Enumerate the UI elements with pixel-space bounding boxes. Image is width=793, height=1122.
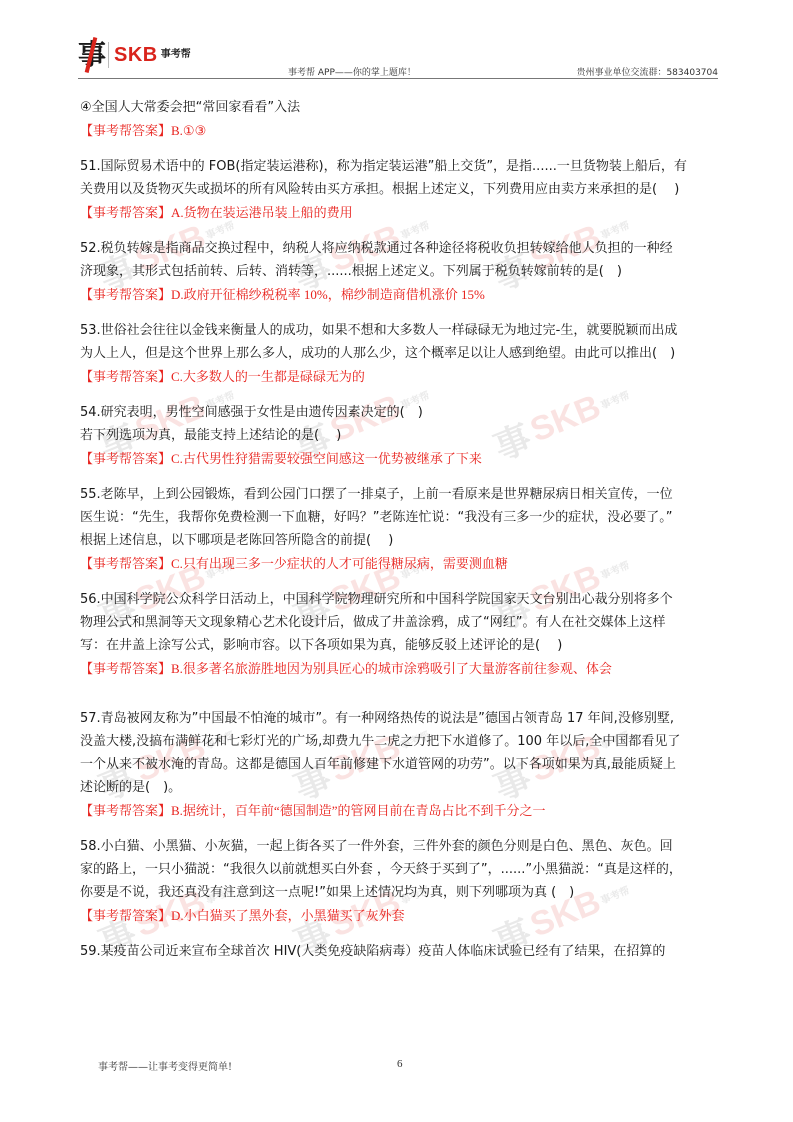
page-number: 6	[397, 1058, 403, 1070]
question-text-line: 58.小白猫、小黑猫、小灰猫，一起上街各买了一件外套，三件外套的颜色分则是白色、…	[80, 835, 722, 858]
previous-answer: 【事考帮答案】B.①③	[80, 119, 722, 143]
spacer	[80, 143, 722, 155]
spacer	[80, 471, 722, 483]
answer-line: 【事考帮答案】D.政府开征棉纱税税率 10%，棉纱制造商借机涨价 15%	[80, 283, 722, 307]
answer-prefix: 【事考帮答案】	[80, 804, 171, 819]
question-block-52: 52.税负转嫁是指商品交换过程中，纳税人将应纳税款通过各种途径将税收负担转嫁给他…	[80, 237, 722, 307]
question-block-57: 57.青岛被网友称为”中国最不怕淹的城市”。有一种网络热传的说法是”德国占领青岛…	[80, 707, 722, 823]
question-list: 51.国际贸易术语中的 FOB(指定装运港称)，称为指定装运港”船上交货”，是指…	[80, 143, 722, 963]
question-text-line: 医生说：“先生，我帮你免费检测一下血糖，好吗？”老陈连忙说：“我没有三多一少的症…	[80, 506, 722, 529]
page-header: 事 SKB 事考帮 事考帮 APP——你的掌上题库！ 贵州事业单位交流群：583…	[78, 38, 718, 78]
question-text-line: 关费用以及货物灭失或损坏的所有风险转由买方承担。根据上述定义，下列费用应由卖方来…	[80, 178, 722, 201]
logo-brand-text: SKB	[114, 44, 158, 67]
question-text-line: 56.中国科学院公众科学日活动上，中国科学院物理研究所和中国科学院国家天文台别出…	[80, 588, 722, 611]
answer-prefix: 【事考帮答案】	[80, 288, 171, 303]
spacer	[80, 823, 722, 835]
answer-prefix: 【事考帮答案】	[80, 124, 171, 139]
spacer	[80, 225, 722, 237]
document-body: ④全国人大常委会把“常回家看看”入法 【事考帮答案】B.①③ 51.国际贸易术语…	[80, 96, 722, 963]
question-block-59: 59.某疫苗公司近来宣布全球首次 HIV(人类免疫缺陷病毒）疫苗人体临床试验已经…	[80, 940, 722, 963]
spacer	[80, 389, 722, 401]
question-text-line: 52.税负转嫁是指商品交换过程中，纳税人将应纳税款通过各种途径将税收负担转嫁给他…	[80, 237, 722, 260]
answer-text: B.据统计，百年前“德国制造”的管网目前在青岛占比不到千分之一	[171, 803, 545, 818]
question-text-line: 为人上人，但是这个世界上那么多人，成功的人那么少，这个概率足以让人感到绝望。由此…	[80, 342, 722, 365]
question-text-line: 54.研究表明，男性空间感强于女性是由遗传因素决定的( )	[80, 401, 722, 424]
question-block-53: 53.世俗社会往往以金钱来衡量人的成功，如果不想和大多数人一样碌碌无为地过完-生…	[80, 319, 722, 389]
question-text-line: 51.国际贸易术语中的 FOB(指定装运港称)，称为指定装运港”船上交货”，是指…	[80, 155, 722, 178]
header-slogan: 事考帮 APP——你的掌上题库！	[288, 65, 416, 78]
answer-line: 【事考帮答案】D.小白猫买了黑外套，小黑猫买了灰外套	[80, 904, 722, 928]
header-divider	[78, 78, 718, 79]
question-block-54: 54.研究表明，男性空间感强于女性是由遗传因素决定的( )若下列选项为真，最能支…	[80, 401, 722, 471]
question-text-line: 53.世俗社会往往以金钱来衡量人的成功，如果不想和大多数人一样碌碌无为地过完-生…	[80, 319, 722, 342]
footer-slogan: 事考帮——让事考变得更简单!	[98, 1058, 232, 1073]
question-text-line: 济现象，其形式包括前转、后转、消转等，......根据上述定义。下列属于税负转嫁…	[80, 260, 722, 283]
question-text-line: 写：在井盖上涂写公式，影响市容。以下各项如果为真，能够反驳上述评论的是( )	[80, 634, 722, 657]
answer-prefix: 【事考帮答案】	[80, 370, 171, 385]
question-block-51: 51.国际贸易术语中的 FOB(指定装运港称)，称为指定装运港”船上交货”，是指…	[80, 155, 722, 225]
answer-text: B.①③	[171, 123, 206, 138]
answer-line: 【事考帮答案】C.古代男性狩猎需要较强空间感这一优势被继承了下来	[80, 447, 722, 471]
question-text-line: 家的路上，一只小猫説：“我很久以前就想买白外套 ，今天終于买到了”，......…	[80, 858, 722, 881]
question-text-line: 59.某疫苗公司近来宣布全球首次 HIV(人类免疫缺陷病毒）疫苗人体临床试验已经…	[80, 940, 722, 963]
answer-text: D.小白猫买了黑外套，小黑猫买了灰外套	[171, 908, 405, 923]
answer-line: 【事考帮答案】C.只有出现三多一少症状的人才可能得糖尿病，需要测血糖	[80, 552, 722, 576]
spacer	[80, 928, 722, 940]
answer-text: C.只有出现三多一少症状的人才可能得糖尿病，需要测血糖	[171, 556, 508, 571]
question-text-line: 一个从来不被水淹的青岛。这都是德国人百年前修建下水道管网的功劳”。以下各项如果为…	[80, 753, 722, 776]
spacer	[80, 307, 722, 319]
header-group-info: 贵州事业单位交流群：583403704	[576, 65, 718, 78]
spacer	[80, 681, 722, 707]
question-text-line: 55.老陈早，上到公园锻炼，看到公园门口摆了一排桌子，上前一看原来是世界糖尿病日…	[80, 483, 722, 506]
question-block-56: 56.中国科学院公众科学日活动上，中国科学院物理研究所和中国科学院国家天文台别出…	[80, 588, 722, 681]
answer-prefix: 【事考帮答案】	[80, 662, 171, 677]
answer-text: C.大多数人的一生都是碌碌无为的	[171, 369, 365, 384]
answer-text: D.政府开征棉纱税税率 10%，棉纱制造商借机涨价 15%	[171, 287, 485, 302]
question-text-line: 若下列选项为真，最能支持上述结论的是( )	[80, 424, 722, 447]
answer-prefix: 【事考帮答案】	[80, 452, 171, 467]
answer-line: 【事考帮答案】B.很多著名旅游胜地因为别具匠心的城市涂鸦吸引了大量游客前往参观、…	[80, 657, 722, 681]
skb-logo: 事 SKB 事考帮	[78, 38, 191, 72]
answer-prefix: 【事考帮答案】	[80, 909, 171, 924]
spacer	[80, 576, 722, 588]
question-text-line: 57.青岛被网友称为”中国最不怕淹的城市”。有一种网络热传的说法是”德国占领青岛…	[80, 707, 722, 730]
question-block-55: 55.老陈早，上到公园锻炼，看到公园门口摆了一排桌子，上前一看原来是世界糖尿病日…	[80, 483, 722, 576]
question-text-line: 你要是不说，我还真没有注意到这一点呢!”如果上述情况均为真，则下列哪项为真 ( …	[80, 881, 722, 904]
question-text-line: 述论断的是( )。	[80, 776, 722, 799]
question-text-line: 没盖大楼,没搞布满鲜花和七彩灯光的广场,却费九牛二虎之力把下水道修了。100 年…	[80, 730, 722, 753]
question-block-58: 58.小白猫、小黑猫、小灰猫，一起上街各买了一件外套，三件外套的颜色分则是白色、…	[80, 835, 722, 928]
answer-line: 【事考帮答案】C.大多数人的一生都是碌碌无为的	[80, 365, 722, 389]
answer-prefix: 【事考帮答案】	[80, 557, 171, 572]
answer-line: 【事考帮答案】A.货物在装运港吊装上船的费用	[80, 201, 722, 225]
logo-cn-text: 事考帮	[161, 45, 191, 60]
answer-text: A.货物在装运港吊装上船的费用	[171, 205, 353, 220]
question-text-line: 根据上述信息，以下哪项是老陈回答所隐含的前提( )	[80, 529, 722, 552]
question-text-line: 物理公式和黑洞等天文现象精心艺术化设计后，做成了井盖涂鸦，成了“网红”。有人在社…	[80, 611, 722, 634]
previous-question-tail: ④全国人大常委会把“常回家看看”入法	[80, 96, 722, 119]
answer-text: C.古代男性狩猎需要较强空间感这一优势被继承了下来	[171, 451, 482, 466]
answer-line: 【事考帮答案】B.据统计，百年前“德国制造”的管网目前在青岛占比不到千分之一	[80, 799, 722, 823]
logo-divider	[108, 42, 109, 68]
answer-prefix: 【事考帮答案】	[80, 206, 171, 221]
answer-text: B.很多著名旅游胜地因为别具匠心的城市涂鸦吸引了大量游客前往参观、体会	[171, 661, 612, 676]
logo-mark-icon: 事	[78, 39, 104, 71]
